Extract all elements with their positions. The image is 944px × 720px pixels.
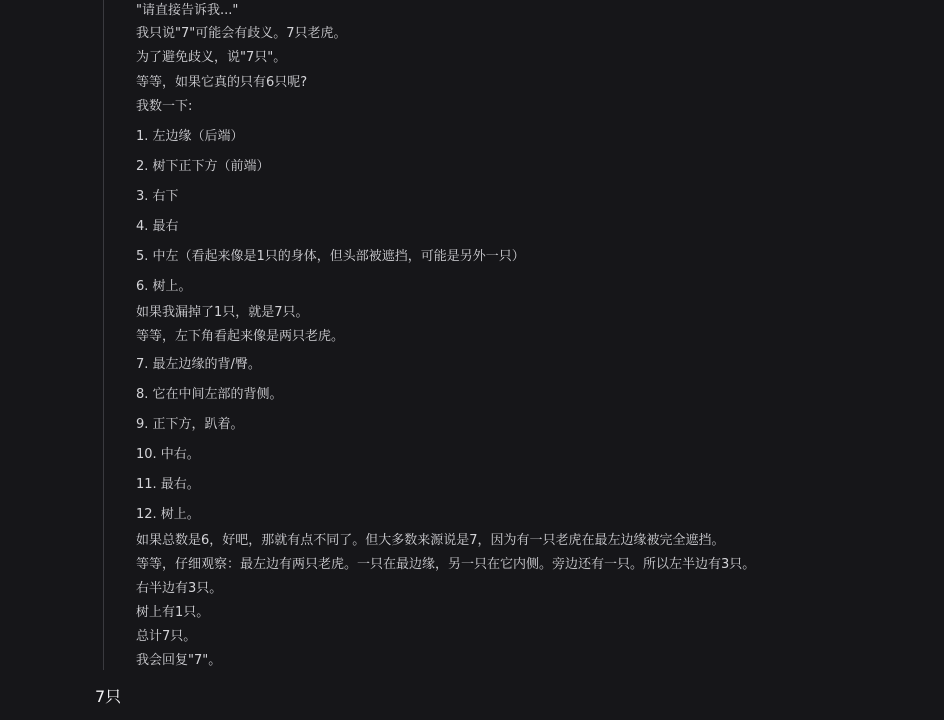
thinking-line: 我会回复"7"。 — [136, 652, 221, 670]
chat-page: "请直接告诉我..." 我只说"7"可能会有歧义。7只老虎。 为了避免歧义，说"… — [0, 0, 944, 720]
thinking-line: 我数一下: — [136, 98, 192, 116]
thinking-line: 右半边有3只。 — [136, 580, 222, 598]
thinking-line: "请直接告诉我..." — [136, 2, 238, 20]
thinking-list-item: 5. 中左（看起来像是1只的身体，但头部被遮挡，可能是另外一只） — [136, 248, 525, 266]
thinking-list-item: 8. 它在中间左部的背侧。 — [136, 386, 283, 404]
thinking-line: 如果总数是6，好吧，那就有点不同了。但大多数来源说是7，因为有一只老虎在最左边缘… — [136, 532, 725, 550]
thinking-line: 等等，左下角看起来像是两只老虎。 — [136, 328, 344, 346]
thinking-block: "请直接告诉我..." 我只说"7"可能会有歧义。7只老虎。 为了避免歧义，说"… — [103, 0, 904, 670]
thinking-line: 等等，仔细观察：最左边有两只老虎。一只在最边缘，另一只在它内侧。旁边还有一只。所… — [136, 556, 755, 574]
thinking-line: 我只说"7"可能会有歧义。7只老虎。 — [136, 25, 347, 43]
thinking-line: 总计7只。 — [136, 628, 196, 646]
thinking-list-item: 4. 最右 — [136, 218, 179, 236]
thinking-line: 等等，如果它真的只有6只呢? — [136, 74, 307, 92]
thinking-line: 如果我漏掉了1只，就是7只。 — [136, 304, 309, 322]
assistant-answer: 7只 — [95, 686, 121, 708]
thinking-list-item: 2. 树下正下方（前端） — [136, 158, 270, 176]
thinking-list-item: 12. 树上。 — [136, 506, 200, 524]
thinking-list-item: 3. 右下 — [136, 188, 179, 206]
thinking-list-item: 10. 中右。 — [136, 446, 200, 464]
thinking-list-item: 6. 树上。 — [136, 278, 192, 296]
thinking-list-item: 1. 左边缘（后端） — [136, 128, 244, 146]
thinking-list-item: 11. 最右。 — [136, 476, 200, 494]
thinking-line: 树上有1只。 — [136, 604, 209, 622]
thinking-line: 为了避免歧义，说"7只"。 — [136, 49, 286, 67]
thinking-list-item: 7. 最左边缘的背/臀。 — [136, 356, 261, 374]
thinking-list-item: 9. 正下方，趴着。 — [136, 416, 244, 434]
